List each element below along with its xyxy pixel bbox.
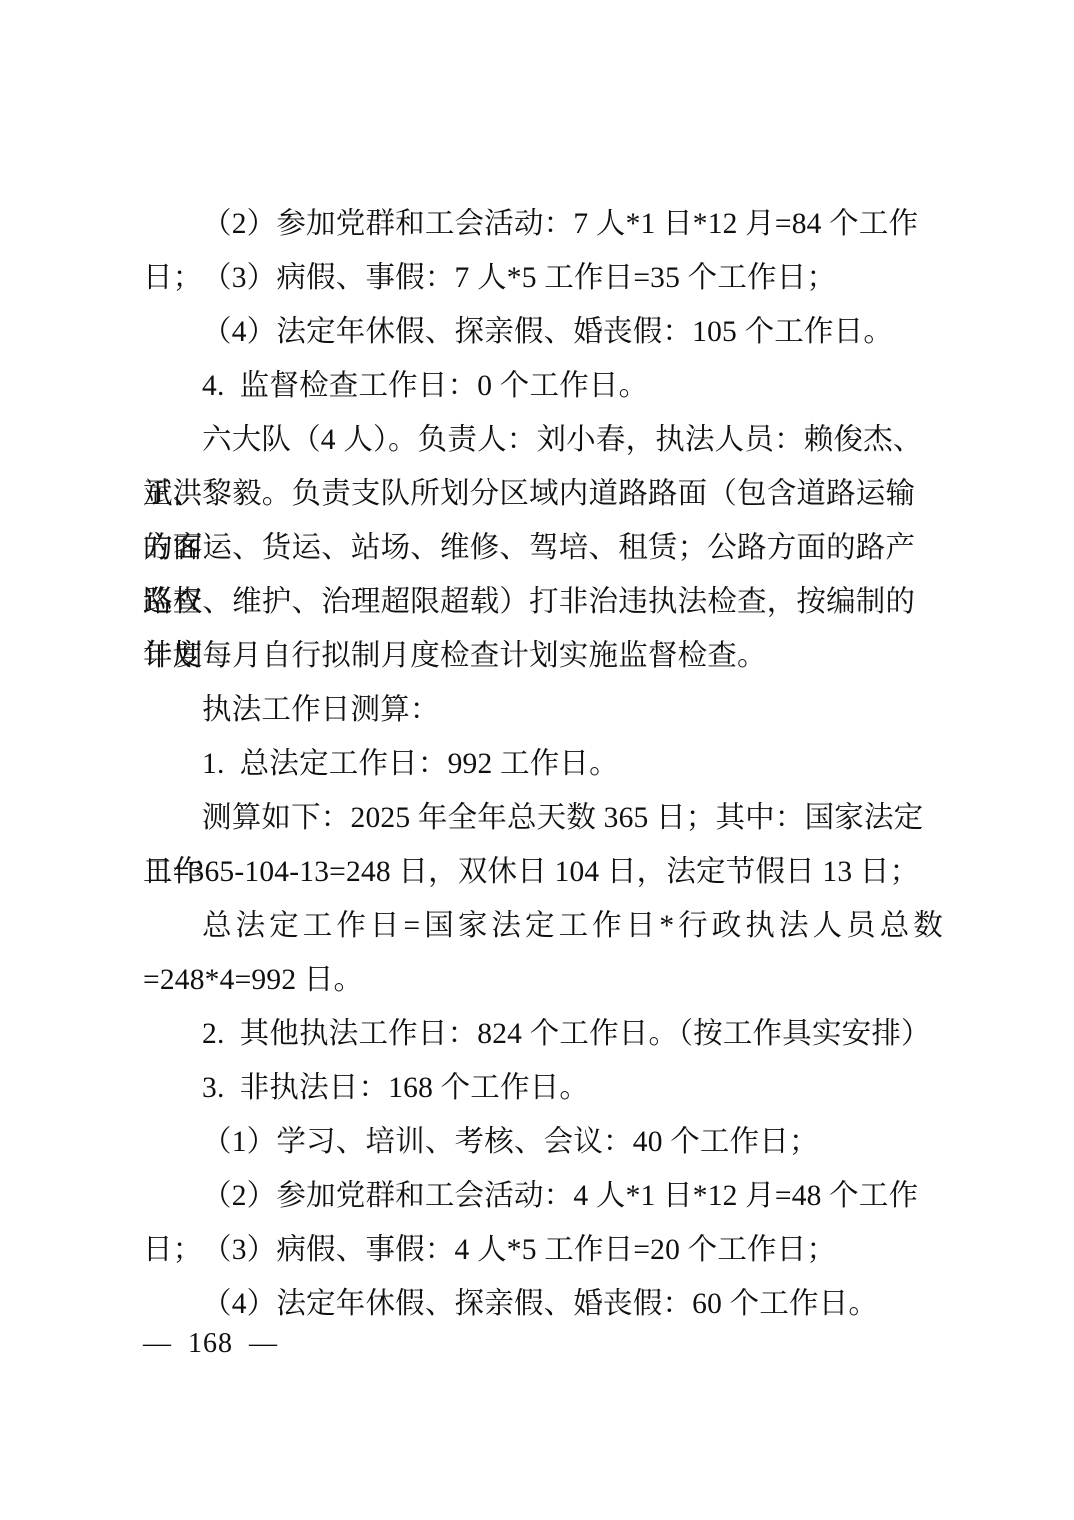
text-content: （2）参加党群和工会活动：7 人*1 日*12 月=84 个工作日； （3）病假…: [143, 197, 943, 1331]
text-line-item-1-of-list-2: （1）学习、培训、考核、会议：40 个工作日；: [143, 1115, 943, 1169]
text-line-item-3-of-list: （3）病假、事假：7 人*5 工作日=35 个工作日；: [143, 251, 943, 305]
text-line-other-enforcement: 2. 其他执法工作日：824 个工作日。（按工作具实安排）: [143, 1007, 943, 1061]
text-line-supervision-days: 4. 监督检查工作日：0 个工作日。: [143, 359, 943, 413]
text-line-formula-result: =248*4=992 日。: [143, 953, 943, 1007]
text-line-calc-detail-1: 测算如下：2025 年全年总天数 365 日；其中：国家法定工作: [143, 791, 943, 845]
text-line-item-4-of-list-2: （4）法定年休假、探亲假、婚丧假：60 个工作日。: [143, 1277, 943, 1331]
text-line-squad-six-cont-1: 斌、黎毅。负责支队所划分区域内道路路面（包含道路运输方面: [143, 467, 943, 521]
text-line-item-4-of-list: （4）法定年休假、探亲假、婚丧假：105 个工作日。: [143, 305, 943, 359]
document-page: （2）参加党群和工会活动：7 人*1 日*12 月=84 个工作日； （3）病假…: [0, 0, 1074, 1520]
text-line-calc-heading: 执法工作日测算：: [143, 683, 943, 737]
text-line-calc-detail-2: 日=365-104-13=248 日，双休日 104 日，法定节假日 13 日；: [143, 845, 943, 899]
text-line-item-2-of-list: （2）参加党群和工会活动：7 人*1 日*12 月=84 个工作日；: [143, 197, 943, 251]
text-line-non-enforcement: 3. 非执法日：168 个工作日。: [143, 1061, 943, 1115]
text-line-item-3-of-list-2: （3）病假、事假：4 人*5 工作日=20 个工作日；: [143, 1223, 943, 1277]
text-line-total-workdays: 1. 总法定工作日：992 工作日。: [143, 737, 943, 791]
text-line-item-2-of-list-2: （2）参加党群和工会活动：4 人*1 日*12 月=48 个工作日；: [143, 1169, 943, 1223]
page-number-footer: — 168 —: [143, 1329, 278, 1359]
text-line-formula: 总法定工作日=国家法定工作日*行政执法人员总数: [143, 899, 943, 953]
text-line-squad-six-cont-2: 的客运、货运、站场、维修、驾培、租赁；公路方面的路产路权: [143, 521, 943, 575]
text-line-squad-six-cont-3: 巡查、维护、治理超限超载）打非治违执法检查，按编制的年度: [143, 575, 943, 629]
text-line-squad-six-cont-4: 计划每月自行拟制月度检查计划实施监督检查。: [143, 629, 943, 683]
text-line-squad-six-intro: 六大队（4 人）。负责人：刘小春，执法人员：赖俊杰、王洪: [143, 413, 943, 467]
